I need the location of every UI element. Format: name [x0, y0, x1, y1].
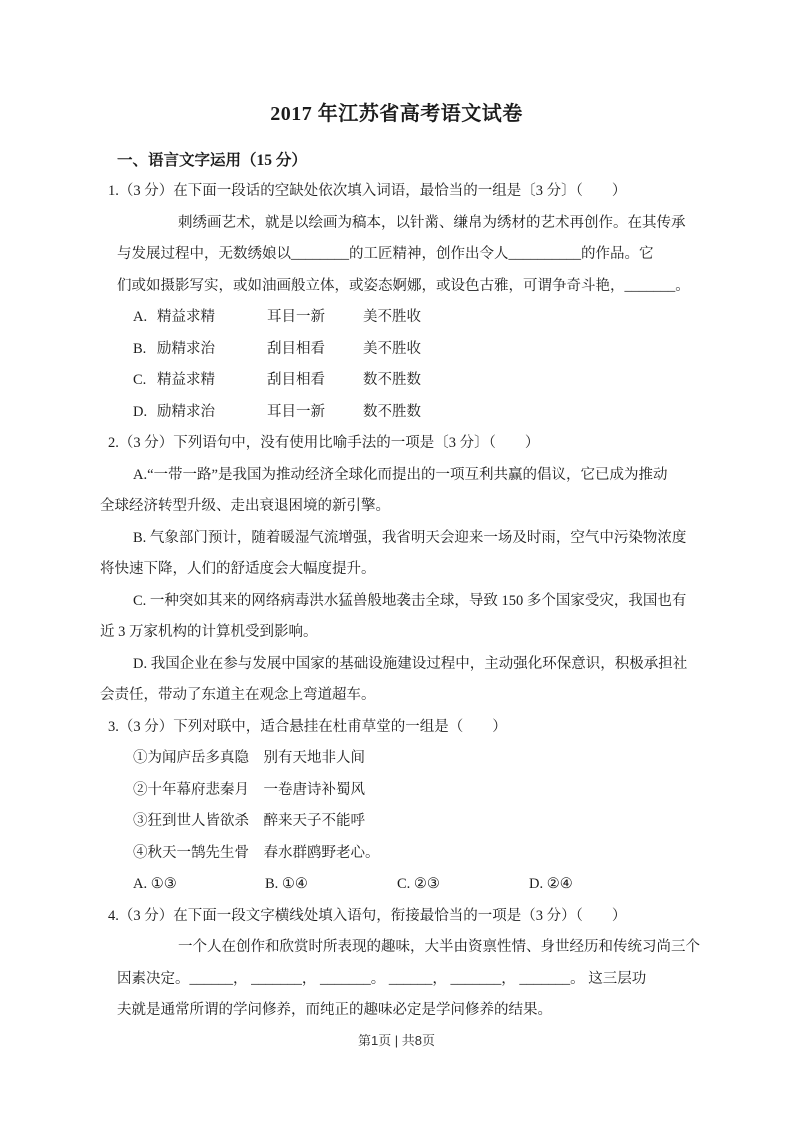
q2-option-a-line-1: A.“一带一路”是我国为推动经济全球化而提出的一项互利共赢的倡议，它已成为推动	[100, 460, 700, 492]
q1-option-c-word-3: 数不胜数	[363, 372, 421, 388]
question-4-stem: 4.（3 分）在下面一段文字横线处填入语句，衔接最恰当的一项是（3 分）（ ）	[100, 901, 700, 933]
q3-couplet-4: ④秋天一鹄先生骨 春水群鸥野老心。	[100, 838, 700, 870]
q4-passage-line-1: 一个人在创作和欣赏时所表现的趣味，大半由资禀性情、身世经历和传统习尚三个	[100, 932, 700, 964]
q3-option-b: B. ①④	[265, 869, 397, 901]
q1-option-a: A.精益求精耳目一新美不胜收	[100, 302, 700, 334]
q3-couplet-3: ③狂到世人皆欲杀 醉来天子不能呼	[100, 806, 700, 838]
q1-option-d-word-2: 耳目一新	[267, 397, 363, 429]
question-2-stem: 2.（3 分）下列语句中，没有使用比喻手法的一项是〔3 分〕（ ）	[100, 428, 700, 460]
q1-option-b-word-3: 美不胜收	[363, 341, 421, 357]
q1-option-b-label: B.	[133, 334, 157, 366]
q2-option-d-line-2: 会责任，带动了东道主在观念上弯道超车。	[100, 680, 700, 712]
q2-option-d-line-1: D. 我国企业在参与发展中国家的基础设施建设过程中，主动强化环保意识，积极承担社	[100, 649, 700, 681]
q1-option-d: D.励精求治耳目一新数不胜数	[100, 397, 700, 429]
q1-option-a-word-3: 美不胜收	[363, 309, 421, 325]
question-1-stem: 1.（3 分）在下面一段话的空缺处依次填入词语，最恰当的一组是〔3 分〕（ ）	[100, 176, 700, 208]
q1-option-a-word-2: 耳目一新	[267, 302, 363, 334]
q2-option-b-line-1: B. 气象部门预计，随着暖湿气流增强，我省明天会迎来一场及时雨，空气中污染物浓度	[100, 523, 700, 555]
q1-option-d-word-1: 励精求治	[157, 397, 267, 429]
exam-paper-page: 2017 年江苏省高考语文试卷 一、语言文字运用（15 分） 1.（3 分）在下…	[0, 0, 793, 1122]
q1-option-b: B.励精求治刮目相看美不胜收	[100, 334, 700, 366]
q1-option-c-word-1: 精益求精	[157, 365, 267, 397]
q1-option-a-word-1: 精益求精	[157, 302, 267, 334]
q4-passage-line-2: 因素决定。______， _______， _______。 ______， _…	[100, 964, 700, 996]
page-title: 2017 年江苏省高考语文试卷	[0, 0, 793, 128]
q1-option-c: C.精益求精刮目相看数不胜数	[100, 365, 700, 397]
q1-passage-line-3: 们或如摄影写实，或如油画般立体，或姿态婀娜，或设色古雅，可谓争奇斗艳，_____…	[100, 271, 700, 303]
q1-option-d-label: D.	[133, 397, 157, 429]
q3-options-row: A. ①③B. ①④C. ②③D. ②④	[100, 869, 700, 901]
q3-option-a: A. ①③	[133, 869, 265, 901]
q2-option-c-line-2: 近 3 万家机构的计算机受到影响。	[100, 617, 700, 649]
q3-couplet-2: ②十年幕府悲秦月 一卷唐诗补蜀风	[100, 775, 700, 807]
q1-passage-line-1: 刺绣画艺术，就是以绘画为稿本，以针黹、缣帛为绣材的艺术再创作。在其传承	[100, 208, 700, 240]
q2-option-b-line-2: 将快速下降，人们的舒适度会大幅度提升。	[100, 554, 700, 586]
q3-option-c: C. ②③	[397, 869, 529, 901]
q3-option-d: D. ②④	[529, 876, 573, 892]
page-footer: 第1页 | 共8页	[0, 1030, 793, 1049]
q1-option-b-word-1: 励精求治	[157, 334, 267, 366]
q2-option-a-line-2: 全球经济转型升级、走出衰退困境的新引擎。	[100, 491, 700, 523]
q1-option-b-word-2: 刮目相看	[267, 334, 363, 366]
q3-couplet-1: ①为闻庐岳多真隐 别有天地非人间	[100, 743, 700, 775]
q2-option-c-line-1: C. 一种突如其来的网络病毒洪水猛兽般地袭击全球，导致 150 多个国家受灾，我…	[100, 586, 700, 618]
section-heading: 一、语言文字运用（15 分）	[100, 146, 700, 176]
q1-option-d-word-3: 数不胜数	[363, 404, 421, 420]
q1-option-a-label: A.	[133, 302, 157, 334]
q1-passage-line-2: 与发展过程中，无数绣娘以________的工匠精神，创作出令人_________…	[100, 239, 700, 271]
question-3-stem: 3.（3 分）下列对联中，适合悬挂在杜甫草堂的一组是（ ）	[100, 712, 700, 744]
q1-option-c-word-2: 刮目相看	[267, 365, 363, 397]
q1-option-c-label: C.	[133, 365, 157, 397]
page-content: 一、语言文字运用（15 分） 1.（3 分）在下面一段话的空缺处依次填入词语，最…	[100, 146, 700, 1027]
q4-passage-line-3: 夫就是通常所谓的学问修养，而纯正的趣味必定是学问修养的结果。	[100, 995, 700, 1027]
